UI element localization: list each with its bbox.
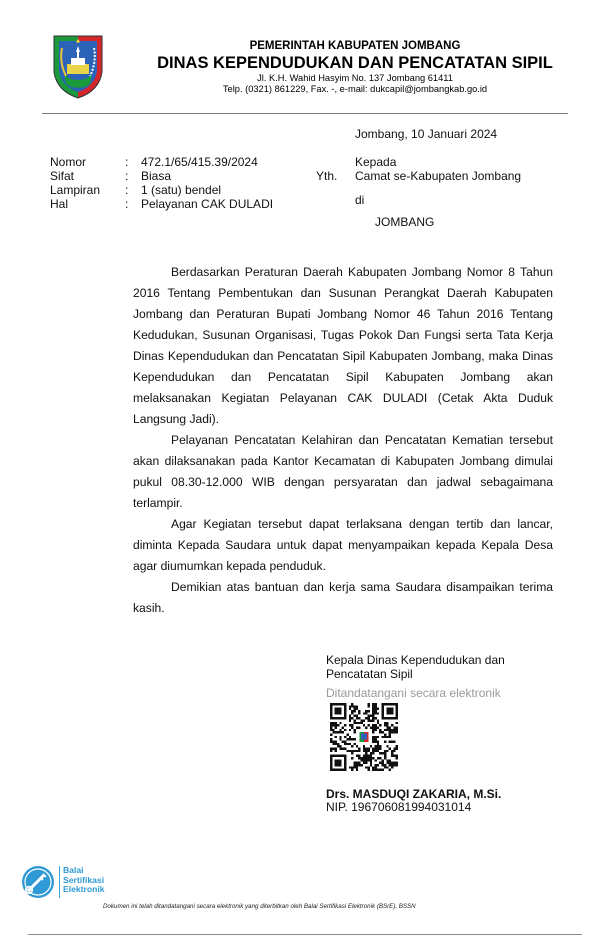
signatory-name: Drs. MASDUQI ZAKARIA, M.Si. xyxy=(326,787,501,801)
recipient-name: Camat se-Kabupaten Jombang xyxy=(355,170,521,184)
metadata-label: Lampiran xyxy=(50,184,125,198)
recipient-kepada: Kepada xyxy=(355,156,396,170)
metadata-value: Pelayanan CAK DULADI xyxy=(141,198,273,212)
coat-of-arms-logo-icon xyxy=(52,34,104,100)
recipient-city: JOMBANG xyxy=(375,216,434,230)
signatory-nip: NIP. 196706081994031014 xyxy=(326,800,471,814)
metadata-colon: : xyxy=(125,170,141,184)
esign-footer-note: Dokumen ini telah ditandatangani secara … xyxy=(103,903,416,910)
signatory-title-line: Kepala Dinas Kependudukan dan xyxy=(326,653,526,667)
department-name: DINAS KEPENDUDUKAN DAN PENCATATAN SIPIL xyxy=(130,54,580,73)
body-paragraph: Demikian atas bantuan dan kerja sama Sau… xyxy=(133,577,553,619)
letterhead-divider xyxy=(42,113,568,114)
body-paragraph: Agar Kegiatan tersebut dapat terlaksana … xyxy=(133,514,553,577)
bsre-wordmark: Balai Sertifikasi Elektronik xyxy=(63,866,105,895)
footer-divider xyxy=(28,934,582,935)
metadata-value: 472.1/65/415.39/2024 xyxy=(141,156,258,170)
signatory-title-line: Pencatatan Sipil xyxy=(326,667,526,681)
department-address: Jl. K.H. Wahid Hasyim No. 137 Jombang 61… xyxy=(130,73,580,83)
metadata-row-sifat: Sifat : Biasa xyxy=(50,170,273,184)
metadata-label: Nomor xyxy=(50,156,125,170)
body-paragraph: Pelayanan Pencatatan Kelahiran dan Penca… xyxy=(133,430,553,514)
signatory-title: Kepala Dinas Kependudukan dan Pencatatan… xyxy=(326,653,526,681)
metadata-value: Biasa xyxy=(141,170,171,184)
metadata-colon: : xyxy=(125,156,141,170)
metadata-row-nomor: Nomor : 472.1/65/415.39/2024 xyxy=(50,156,273,170)
electronic-signature-note: Ditandatangani secara elektronik xyxy=(326,686,501,700)
bsre-divider xyxy=(59,866,60,898)
metadata-row-hal: Hal : Pelayanan CAK DULADI xyxy=(50,198,273,212)
metadata-colon: : xyxy=(125,184,141,198)
metadata-label: Sifat xyxy=(50,170,125,184)
letter-date: Jombang, 10 Januari 2024 xyxy=(355,128,497,142)
letter-body: Berdasarkan Peraturan Daerah Kabupaten J… xyxy=(133,262,553,619)
qr-code-icon[interactable] xyxy=(330,703,398,771)
metadata-value: 1 (satu) bendel xyxy=(141,184,221,198)
bsre-logo-icon xyxy=(21,865,55,899)
department-contact: Telp. (0321) 861229, Fax. -, e-mail: duk… xyxy=(130,84,580,94)
body-paragraph: Berdasarkan Peraturan Daerah Kabupaten J… xyxy=(133,262,553,430)
metadata-colon: : xyxy=(125,198,141,212)
recipient-di: di xyxy=(355,194,364,208)
metadata-row-lampiran: Lampiran : 1 (satu) bendel xyxy=(50,184,273,198)
government-name: PEMERINTAH KABUPATEN JOMBANG xyxy=(130,40,580,52)
metadata-label: Hal xyxy=(50,198,125,212)
letter-metadata: Nomor : 472.1/65/415.39/2024 Sifat : Bia… xyxy=(50,156,273,212)
bsre-line: Elektronik xyxy=(63,885,105,895)
recipient-prefix: Yth. xyxy=(316,170,337,184)
